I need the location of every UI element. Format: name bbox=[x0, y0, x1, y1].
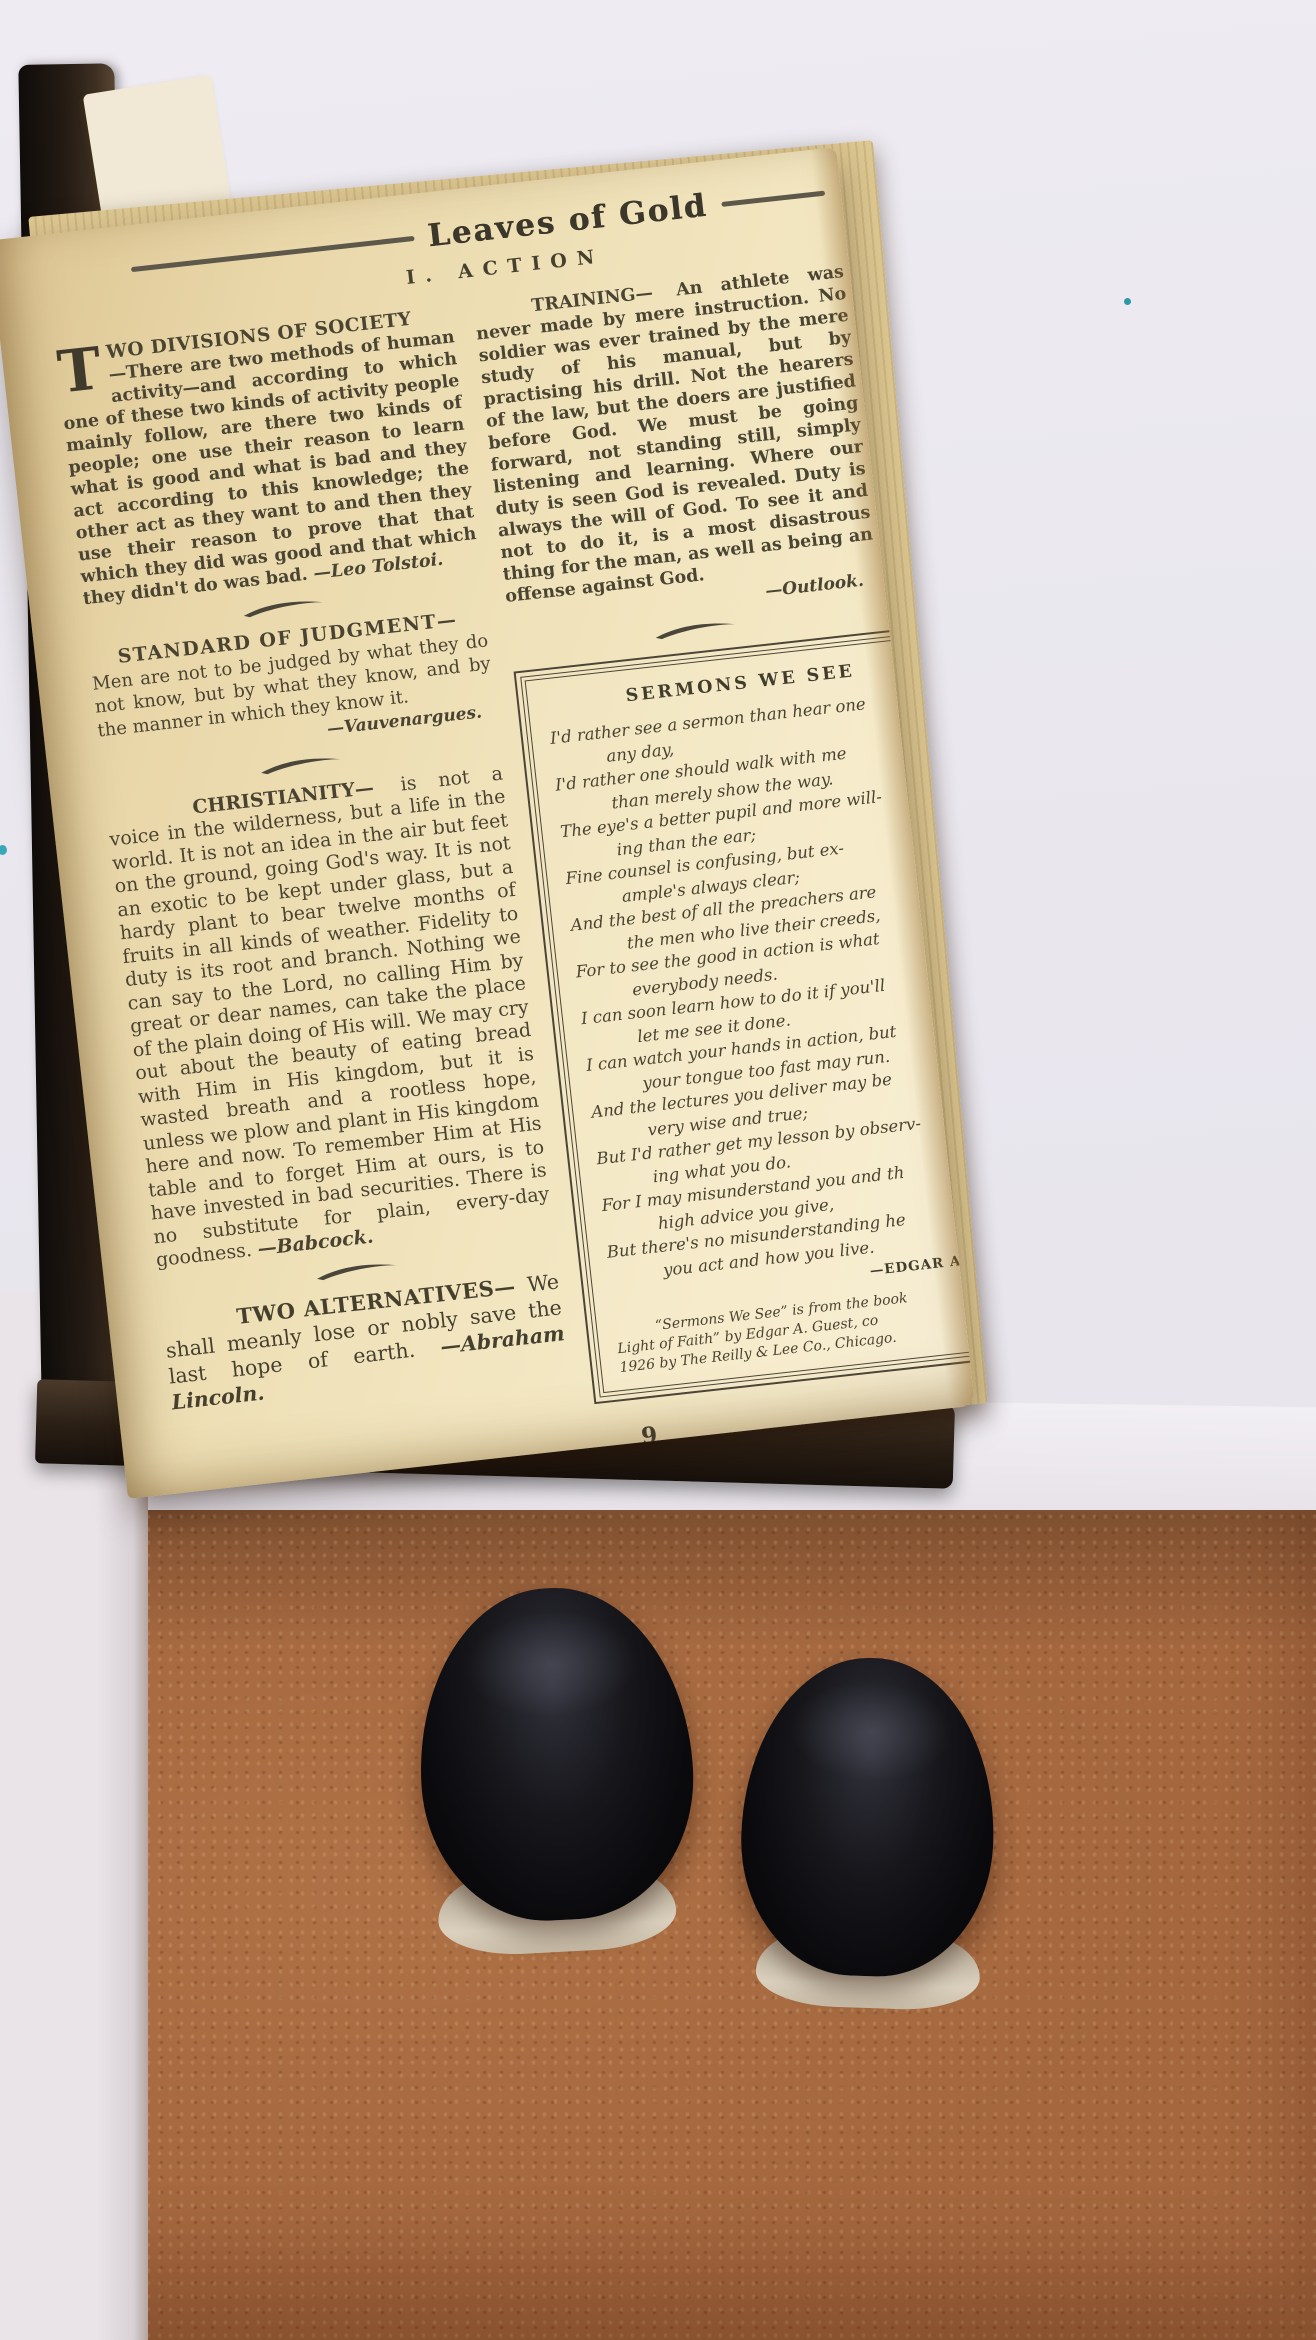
training-paragraph: TRAINING— An athlete was never made by m… bbox=[473, 261, 879, 631]
christianity-body: is not a voice in the wilderness, but a … bbox=[108, 762, 550, 1271]
dropcap-T: T bbox=[56, 346, 104, 394]
book-page: Leaves of Gold I. ACTION T WO DIVISIONS … bbox=[0, 147, 975, 1499]
christianity-paragraph: CHRISTIANITY— is not a voice in the wild… bbox=[106, 762, 553, 1273]
blue-speck bbox=[1124, 298, 1131, 305]
two-divisions-paragraph: T WO DIVISIONS OF SOCIETY —There are two… bbox=[55, 304, 480, 610]
photo-of-open-book: Leaves of Gold I. ACTION T WO DIVISIONS … bbox=[0, 0, 1316, 2340]
shoe-sheen bbox=[462, 1607, 641, 1722]
shoe-sheen bbox=[789, 1678, 954, 1785]
header-rule-left bbox=[131, 235, 414, 271]
two-column-layout: T WO DIVISIONS OF SOCIETY —There are two… bbox=[55, 261, 964, 1450]
blue-speck bbox=[0, 845, 7, 855]
header-rule-right bbox=[721, 190, 825, 206]
